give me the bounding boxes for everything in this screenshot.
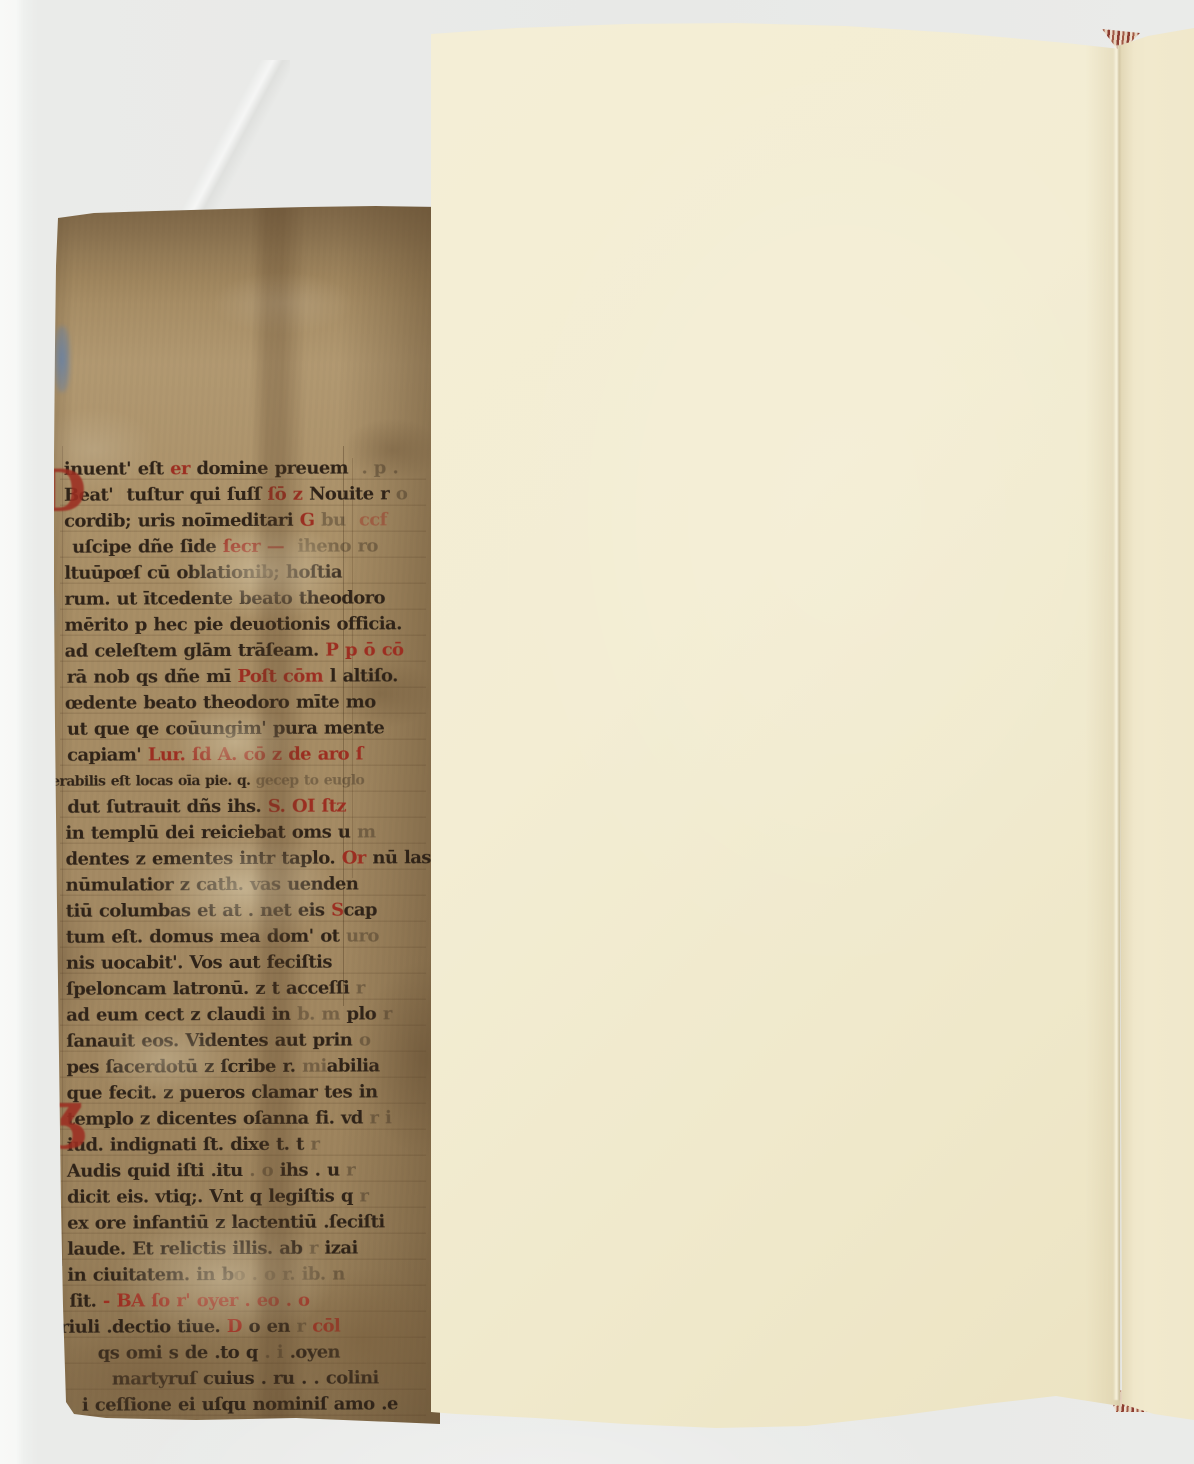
red-initial-ezh: Ʒ <box>48 1096 89 1158</box>
rubric-segment: S. OI ſtz <box>261 796 346 817</box>
text-line: qs omi s de .to q . i .oyen <box>98 1339 408 1366</box>
text-line: pes ſacerdotū z ſcribe r. miabilia <box>66 1053 406 1080</box>
ink-segment: riuli .dectio tiue. <box>60 1316 221 1338</box>
ink-segment: o <box>389 483 407 504</box>
text-line: dut ſutrauit dñs ihs. S. OI ſtz <box>67 793 405 820</box>
rubric-segment: ccf <box>352 509 387 530</box>
ink-segment: œdente beato theodoro mīte mo <box>65 691 376 713</box>
rubric-segment: G <box>293 510 315 531</box>
ink-segment: iud. indignati ſt. dixe t. t <box>67 1134 304 1156</box>
ink-segment: ltuūpœſ cū oblationib; hoſtia <box>64 562 342 584</box>
ink-segment: r <box>339 1159 355 1180</box>
ink-segment: r . t i ſe <box>72 1420 145 1441</box>
ink-segment: capiam' <box>67 744 141 765</box>
ink-segment: mi <box>295 1056 326 1077</box>
rubric-segment: ſecr — <box>216 536 284 557</box>
rubric-segment: er <box>170 458 190 479</box>
rubric-segment: Or <box>335 847 366 868</box>
text-line: ex ore infantiū z lactentiū .ſeciſti <box>67 1209 407 1236</box>
ink-segment: nūmulatior z cath. vas uenden <box>66 873 359 895</box>
photo-background: inuent' eſt er domine preuem . p .Beat' … <box>0 0 1194 1464</box>
ink-segment: priaus cor ſuum <box>190 1419 351 1441</box>
text-line: erabilis eſt locas oīa pie. q. gecep to … <box>51 767 405 795</box>
text-line: laude. Et relictis illis. ab r izai <box>67 1235 407 1262</box>
ink-segment: tiū columbas et at . net eis <box>66 900 325 922</box>
ink-segment: Nouite r <box>302 483 389 504</box>
text-line: templo z dicentes oſanna fi. vd r i <box>67 1105 407 1132</box>
ink-segment: . i <box>258 1342 283 1363</box>
text-line: r . t i ſe r la. priaus cor ſuum o <box>72 1417 408 1444</box>
ink-segment: in templū dei reiciebat oms u <box>65 821 350 843</box>
text-line: nūmulatior z cath. vas uenden <box>66 871 406 898</box>
text-line: ſpeloncam latronū. z t acceſſi r <box>66 975 406 1002</box>
ink-segment: m <box>350 821 375 842</box>
ink-segment: r <box>290 1316 312 1337</box>
ink-segment: ex ore infantiū z lactentiū .ſeciſti <box>67 1211 385 1233</box>
ink-segment: tum eſt. domus mea dom' ot <box>66 926 340 948</box>
ink-segment: rum. ut ītcedente beato theodoro <box>64 587 385 609</box>
text-line: œdente beato theodoro mīte mo <box>65 689 405 716</box>
rubric-segment: Lur. ſd A. cō z de aro ſ <box>141 743 363 765</box>
ink-segment: qs omi s de .to q <box>98 1342 258 1364</box>
text-line: in ciuitatem. in bo . o r. ib. n <box>67 1261 407 1288</box>
ink-segment: que fecit. z pueros clamar tes in <box>67 1081 378 1103</box>
red-initial-d: D <box>36 462 86 520</box>
ink-segment: r i <box>363 1107 392 1128</box>
text-line: uſcipe dñe ſide ſecr — iheno ro <box>72 533 404 560</box>
ink-segment: . o <box>243 1160 273 1181</box>
ink-segment: .oyen <box>283 1342 340 1363</box>
ink-segment: mērito p hec pie deuotionis officia. <box>64 613 401 635</box>
ink-segment: gecep to euglo <box>250 772 364 788</box>
text-line: martyruſ cuius . ru . . colini <box>112 1365 408 1392</box>
ink-segment: ad celeſtem glām trāſeam. <box>65 640 319 662</box>
ink-segment: rā nob qs dñe mī <box>67 666 231 688</box>
red-initial-a: A <box>40 1230 60 1256</box>
flyleaf-page <box>426 20 1120 1434</box>
text-line: cordib; uris noīmeditari G bu ccf <box>64 507 404 534</box>
fragment-text: inuent' eſt er domine preuem . p .Beat' … <box>64 455 408 1464</box>
rubric-segment: Er. - <box>300 1446 346 1464</box>
text-line: Beat' tuſtur qui ſuſſ ſō z Nouite r o <box>64 481 404 508</box>
ink-segment: ſanauit eos. Videntes aut prin <box>66 1029 352 1051</box>
ink-segment: dentes z ementes intr taplo. <box>65 848 335 870</box>
rubric-segment: D <box>220 1316 242 1337</box>
ink-segment: uro <box>339 925 379 946</box>
ink-segment: izai <box>318 1237 358 1258</box>
manuscript-fragment: inuent' eſt er domine preuem . p .Beat' … <box>46 206 440 1424</box>
ink-segment: nū las <box>366 847 431 868</box>
page-right-of-fold <box>1108 22 1194 1424</box>
ink-segment: abilia <box>327 1055 380 1076</box>
ink-segment: pes ſacerdotū z ſcribe r. <box>66 1056 295 1078</box>
ink-segment: Beat' tuſtur qui ſuſſ <box>64 484 261 506</box>
ink-segment: laude. Et relictis illis. ab <box>67 1238 302 1260</box>
text-line: dicit eis. vtiq;. Vnt q legiſtis q r <box>67 1183 407 1210</box>
ink-segment: martyruſ cuius . ru . . colini <box>112 1367 379 1389</box>
ink-segment: ihs . u <box>273 1160 340 1181</box>
ink-segment: r <box>376 1003 392 1024</box>
ink-segment: ut que qe coūungim' pura mente <box>67 717 384 739</box>
text-line: ut que qe coūungim' pura mente <box>67 715 405 742</box>
text-line: riuli .dectio tiue. D o en r cōl <box>60 1313 408 1341</box>
ink-segment: cap <box>343 899 377 920</box>
ink-segment: Audis quid iſti .itu <box>67 1160 243 1182</box>
text-line: nis uocabit'. Vos aut feciſtis <box>66 949 406 976</box>
rubric-segment: Poſt cōm <box>231 666 323 687</box>
ink-segment: r <box>349 977 365 998</box>
ink-segment: ad eum cect z claudi in <box>66 1004 290 1026</box>
text-line: Audis quid iſti .itu . o ihs . u r <box>67 1157 407 1184</box>
text-line: tum eſt. domus mea dom' ot uro <box>66 923 406 950</box>
text-line: cui x. A . ſel tuſui r Er. - <box>110 1443 408 1464</box>
ink-segment: uſcipe dñe ſide <box>72 536 216 558</box>
rubric-segment: S <box>324 900 343 921</box>
blue-initial-remnant <box>54 326 70 392</box>
rubric-segment: r la. <box>145 1420 190 1441</box>
ink-segment: ſel tuſui r <box>194 1446 300 1464</box>
ink-segment: o en <box>242 1316 290 1337</box>
ink-segment: dut ſutrauit dñs ihs. <box>67 796 261 818</box>
ink-segment: templo z dicentes oſanna fi. vd <box>67 1107 363 1129</box>
ink-segment: . p . <box>348 457 398 478</box>
text-line: iud. indignati ſt. dixe t. t r <box>67 1131 407 1158</box>
ink-segment: o . o r. ib. n <box>234 1264 345 1285</box>
ink-segment: in ciuitatem. in b <box>67 1264 233 1286</box>
text-line: rum. ut ītcedente beato theodoro <box>64 585 404 612</box>
text-line: tiū columbas et at . net eis Scap <box>66 897 406 924</box>
ink-segment: r <box>304 1134 320 1155</box>
text-line: ad eum cect z claudi in b. m plo r <box>66 1001 406 1028</box>
ink-segment: cordib; uris noīmeditari <box>64 510 293 532</box>
rubric-segment: A . <box>162 1446 194 1464</box>
text-line: rā nob qs dñe mī Poſt cōm l altiſo. <box>67 663 405 690</box>
text-line: inuent' eſt er domine preuem . p . <box>64 455 404 482</box>
ink-segment: plo <box>340 1003 376 1024</box>
rubric-segment: - BA ſo r' oyer . eo . o <box>103 1290 310 1312</box>
text-line: ltuūpœſ cū oblationib; hoſtia <box>64 559 404 586</box>
ink-segment: r <box>353 1185 369 1206</box>
text-line: mērito p hec pie deuotionis officia. <box>64 611 404 638</box>
ink-segment: ſpeloncam latronū. z t acceſſi <box>66 978 349 1000</box>
text-line: ſit. - BA ſo r' oyer . eo . o <box>69 1287 407 1314</box>
ink-segment: ſit. <box>69 1291 103 1312</box>
text-line: capiam' Lur. ſd A. cō z de aro ſ <box>67 741 405 768</box>
rubric-segment: P p ō cō <box>319 639 404 660</box>
rubric-segment: ſō z <box>261 484 303 505</box>
rubric-segment: o <box>352 1419 370 1440</box>
text-line: dentes z ementes intr taplo. Or nū las <box>65 845 405 872</box>
text-line: ſanauit eos. Videntes aut prin o <box>66 1027 406 1054</box>
rubric-segment: cōl <box>312 1316 340 1337</box>
ink-segment: bu <box>314 509 352 530</box>
ink-segment: i ceſſione ei uſqu nominiſ amo .e <box>82 1393 398 1415</box>
text-line: ad celeſtem glām trāſeam. P p ō cō <box>65 637 405 664</box>
text-line: i ceſſione ei uſqu nominiſ amo .e <box>82 1391 408 1418</box>
ink-segment: r <box>302 1238 318 1259</box>
ink-segment: cui x. <box>110 1446 162 1464</box>
ink-segment: erabilis eſt locas oīa pie. q. <box>51 773 250 790</box>
ink-segment: iheno ro <box>284 535 378 556</box>
ink-segment: domine preuem <box>190 458 348 480</box>
text-line: in templū dei reiciebat oms u m <box>65 819 405 846</box>
ink-segment: o <box>352 1029 370 1050</box>
ink-segment: l altiſo. <box>323 665 398 686</box>
ink-segment: b. m <box>290 1004 340 1025</box>
ink-segment: dicit eis. vtiq;. Vnt q legiſtis q <box>67 1185 353 1207</box>
text-line: que fecit. z pueros clamar tes in <box>67 1079 407 1106</box>
blue-initial-remnant-2 <box>44 592 54 634</box>
ink-segment: nis uocabit'. Vos aut feciſtis <box>66 952 332 974</box>
